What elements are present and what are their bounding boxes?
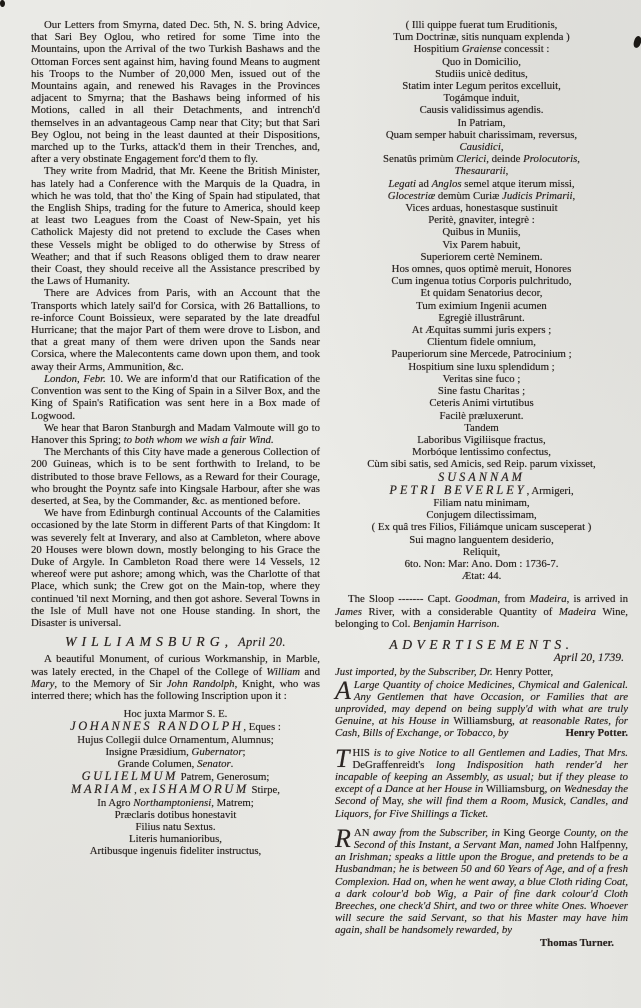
sloop-arrival-paragraph: The Sloop ------- Capt. Goodman, from Ma…	[335, 593, 628, 630]
williamsburg-heading: WILLIAMSBURG,April 20.	[31, 636, 320, 649]
latin-line: Quam semper habuit charissimam, reversus…	[335, 129, 628, 141]
latin-line: Tandem	[335, 422, 628, 434]
latin-line: PETRI BEVERLEY, Armigeri,	[335, 484, 628, 497]
latin-line: Conjugem dilectissimam,	[335, 509, 628, 521]
page-root: Our Letters from Smyrna, dated Dec. 5th,…	[0, 0, 641, 1008]
latin-line: Pauperiorum sine Mercede, Patrocinium ;	[335, 348, 628, 360]
advertisements-date: April 20, 1739.	[335, 652, 628, 664]
latin-line: Hospitium Graiense concessit :	[335, 43, 628, 55]
latin-line: Togámque induit,	[335, 92, 628, 104]
news-paragraph: There are Advices from Paris, with an Ac…	[31, 287, 320, 372]
latin-line: Sui magno languentem desiderio,	[335, 534, 628, 546]
latin-line: Quo in Domicilio,	[335, 56, 628, 68]
monument-paragraph: A beautiful Monument, of curious Workman…	[31, 653, 320, 702]
inscription-line: Hujus Collegii dulce Ornamentum, Alumnus…	[31, 734, 320, 746]
latin-line: Egregiè illustrârunt.	[335, 312, 628, 324]
latin-line: Ætat: 44.	[335, 570, 628, 582]
latin-line: Facilè præluxerunt.	[335, 410, 628, 422]
advertisement: Just imported, by the Subscriber, Dr. He…	[335, 666, 628, 739]
advertisement: RAN away from the Subscriber, in King Ge…	[335, 827, 628, 949]
news-paragraph: Our Letters from Smyrna, dated Dec. 5th,…	[31, 19, 320, 165]
latin-line: Studiis unicè deditus,	[335, 68, 628, 80]
news-section: Our Letters from Smyrna, dated Dec. 5th,…	[31, 19, 320, 629]
latin-line: Ceteris Animi virtutibus	[335, 397, 628, 409]
inscription-line: MARIAM, ex ISHAMORUM Stirpe,	[31, 783, 320, 796]
latin-line: Quibus in Muniis,	[335, 226, 628, 238]
latin-line: Tum eximium Ingenii acumen	[335, 300, 628, 312]
news-paragraph: They write from Madrid, that Mr. Keene t…	[31, 165, 320, 287]
latin-line: Causidici,	[335, 141, 628, 153]
latin-line: ( Ex quâ tres Filios, Filiámque unicam s…	[335, 521, 628, 533]
inscription-line: Filius natu Sextus.	[31, 821, 320, 833]
inscription-line: Literis humanioribus,	[31, 833, 320, 845]
latin-line: Causis validissimus agendis.	[335, 104, 628, 116]
latin-line: Reliquit,	[335, 546, 628, 558]
latin-verse-block: ( Illi quippe fuerat tum Eruditionis,Tum…	[335, 19, 628, 582]
news-paragraph: We hear that Baron Stanburgh and Madam V…	[31, 422, 320, 446]
inscription-line: In Agro Northamptoniensi, Matrem;	[31, 797, 320, 809]
latin-line: Filiam natu minimam,	[335, 497, 628, 509]
latin-line: Glocestriæ demùm Curiæ Judicis Primarii,	[335, 190, 628, 202]
latin-line: In Patriam,	[335, 117, 628, 129]
advertisements-heading: ADVERTISEMENTS.	[335, 639, 628, 651]
latin-line: Morbóque lentissimo confectus,	[335, 446, 628, 458]
latin-line: Thesaurarii,	[335, 165, 628, 177]
inscription-line: Artibusque ingenuis fideliter instructus…	[31, 845, 320, 857]
latin-line: Laboribus Vigiliisque fractus,	[335, 434, 628, 446]
williamsburg-heading-city: WILLIAMSBURG,	[65, 634, 233, 649]
latin-line: ( Illi quippe fuerat tum Eruditionis,	[335, 19, 628, 31]
inscription-line: JOHANNES RANDOLPH, Eques :	[31, 720, 320, 733]
latin-line: Veritas sine fuco ;	[335, 373, 628, 385]
latin-line: Clientum fidele omnium,	[335, 336, 628, 348]
inscription-line: Insigne Præsidium, Gubernator;	[31, 746, 320, 758]
advertisement: THIS is to give Notice to all Gentlemen …	[335, 747, 628, 820]
latin-line: Et quidam Senatorius decor,	[335, 287, 628, 299]
latin-line: 6to. Non: Mar: Ano. Dom : 1736-7.	[335, 558, 628, 570]
inscription-block: Hoc juxta Marmor S. E.JOHANNES RANDOLPH,…	[31, 708, 320, 857]
latin-line: Tum Doctrinæ, sitis nunquam explenda )	[335, 31, 628, 43]
latin-line: Sine fastu Charitas ;	[335, 385, 628, 397]
latin-line: Legati ad Anglos semel atque iterum miss…	[335, 178, 628, 190]
right-column: ( Illi quippe fuerat tum Eruditionis,Tum…	[335, 19, 628, 1008]
williamsburg-heading-date: April 20.	[238, 635, 286, 649]
latin-line: Hospitium sine luxu splendidum ;	[335, 361, 628, 373]
latin-line: Cum ingenua totius Corporis pulchritudo,	[335, 275, 628, 287]
latin-line: Senatûs primùm Clerici, deinde Prolocuto…	[335, 153, 628, 165]
advertisements-block: Just imported, by the Subscriber, Dr. He…	[335, 666, 628, 948]
latin-line: Vices arduas, honestasque sustinuit	[335, 202, 628, 214]
latin-line: Hos omnes, quos optimè meruit, Honores	[335, 263, 628, 275]
left-column: Our Letters from Smyrna, dated Dec. 5th,…	[31, 19, 320, 1008]
news-paragraph: The Merchants of this City have made a g…	[31, 446, 320, 507]
latin-line: Statim inter Legum peritos excelluit,	[335, 80, 628, 92]
latin-line: Vix Parem habuit,	[335, 239, 628, 251]
inscription-line: Præclaris dotibus honestavit	[31, 809, 320, 821]
latin-line: Superiorem certè Neminem.	[335, 251, 628, 263]
latin-line: At Æquitas summi juris expers ;	[335, 324, 628, 336]
news-paragraph: We have from Edinburgh continual Account…	[31, 507, 320, 629]
scanned-newspaper-page: { "page": { "bg": "#eaeae6", "ink": "#2b…	[0, 0, 641, 1008]
news-paragraph: London, Febr. 10. We are inform'd that o…	[31, 373, 320, 422]
latin-line: Peritè, gnaviter, integrè :	[335, 214, 628, 226]
